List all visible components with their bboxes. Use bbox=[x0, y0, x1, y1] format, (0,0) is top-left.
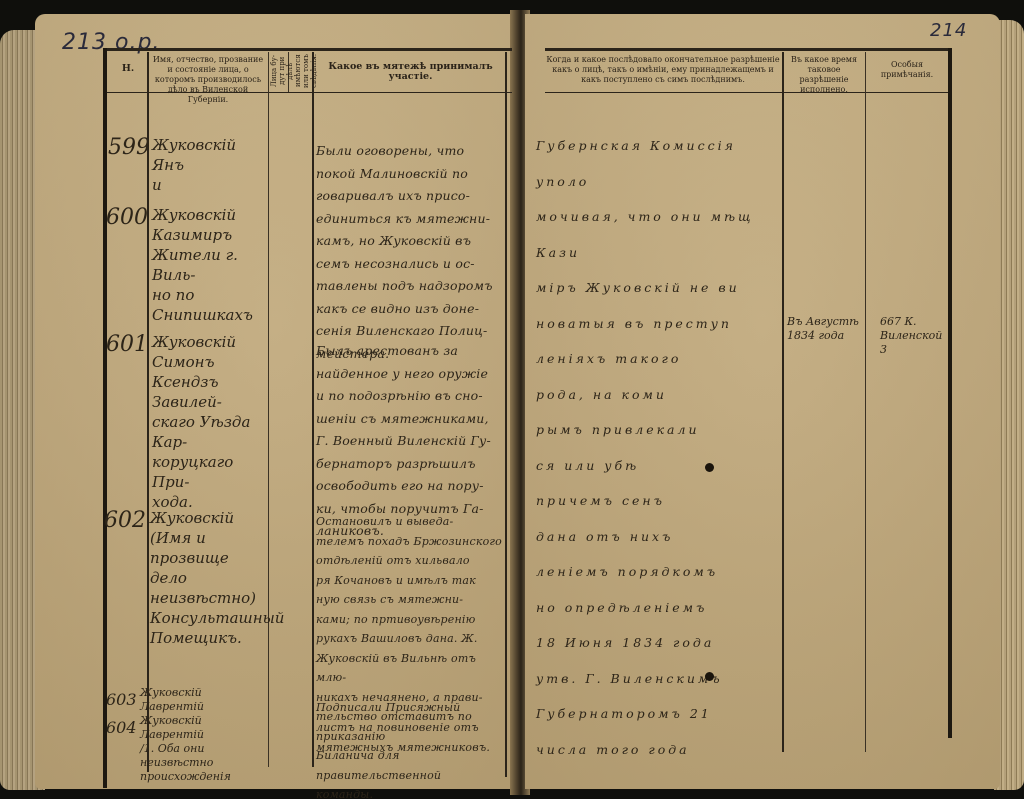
left-folio-number: 213 o.p. bbox=[62, 30, 160, 55]
header-bottom-rule-right bbox=[545, 92, 950, 93]
entry-person: Жуковскій Янъ и bbox=[152, 135, 267, 195]
header-executed: Въ какое время таковое разрѣшеніе исполн… bbox=[785, 55, 863, 95]
entry-person: Жуковскій (Имя и прозвище дело неизвѣстн… bbox=[150, 508, 272, 648]
entry-number: 602 bbox=[104, 508, 146, 533]
entry-number: 600 bbox=[106, 205, 148, 230]
paper-hole bbox=[705, 672, 714, 681]
header-person: Имя, отчество, прозвание и состояніе лиц… bbox=[150, 55, 266, 105]
left-page-border bbox=[103, 48, 107, 788]
header-resolution: Когда и какое послѣдовало окончательное … bbox=[545, 55, 781, 85]
executed-date: Въ Августѣ 1834 года bbox=[787, 315, 865, 343]
col-divider-status bbox=[312, 52, 314, 767]
col-divider-executed bbox=[865, 52, 866, 752]
header-remarks: Особыя примѣчанія. bbox=[867, 60, 947, 80]
resolution-text: Губернская Комиссія уполо мочивая, что о… bbox=[536, 128, 781, 767]
header-top-rule bbox=[107, 48, 512, 51]
header-participation: Какое въ мятежѣ принималъ участіе. bbox=[318, 62, 503, 82]
right-folio-number: 214 bbox=[930, 20, 967, 41]
entry-number: 603 604 bbox=[106, 686, 137, 742]
entry-number: 599 bbox=[108, 135, 150, 160]
remarks-text: 667 К. Виленской 3 bbox=[880, 315, 960, 357]
entry-person: Жуковскій Лаврентій Жуковскій Лаврентій … bbox=[140, 686, 270, 784]
entry-person: Жуковскій Симонъ Ксендзъ Завилей- скаго … bbox=[152, 332, 270, 512]
header-top-rule-right bbox=[545, 48, 950, 51]
entry-participation: Были оговорены, что покой Малиновскій по… bbox=[316, 140, 506, 365]
header-status-vertical: Лица бу‑ дут при дѣлѣ имѣются или томъ с… bbox=[270, 52, 310, 90]
ledger-book: 213 o.p. 214 Н. Имя, отчество, прозвание… bbox=[0, 0, 1024, 799]
col-divider-resolution bbox=[782, 52, 784, 752]
entry-number: 601 bbox=[106, 332, 148, 357]
entry-person: Жуковскій Казимиръ Жители г. Виль- но по… bbox=[152, 205, 270, 325]
col-divider-number bbox=[147, 52, 149, 772]
entry-participation: Подписали Присяжный листъ на повиновеніе… bbox=[316, 698, 506, 758]
paper-hole bbox=[705, 463, 714, 472]
header-number: Н. bbox=[110, 64, 146, 74]
right-page-border bbox=[948, 48, 952, 738]
